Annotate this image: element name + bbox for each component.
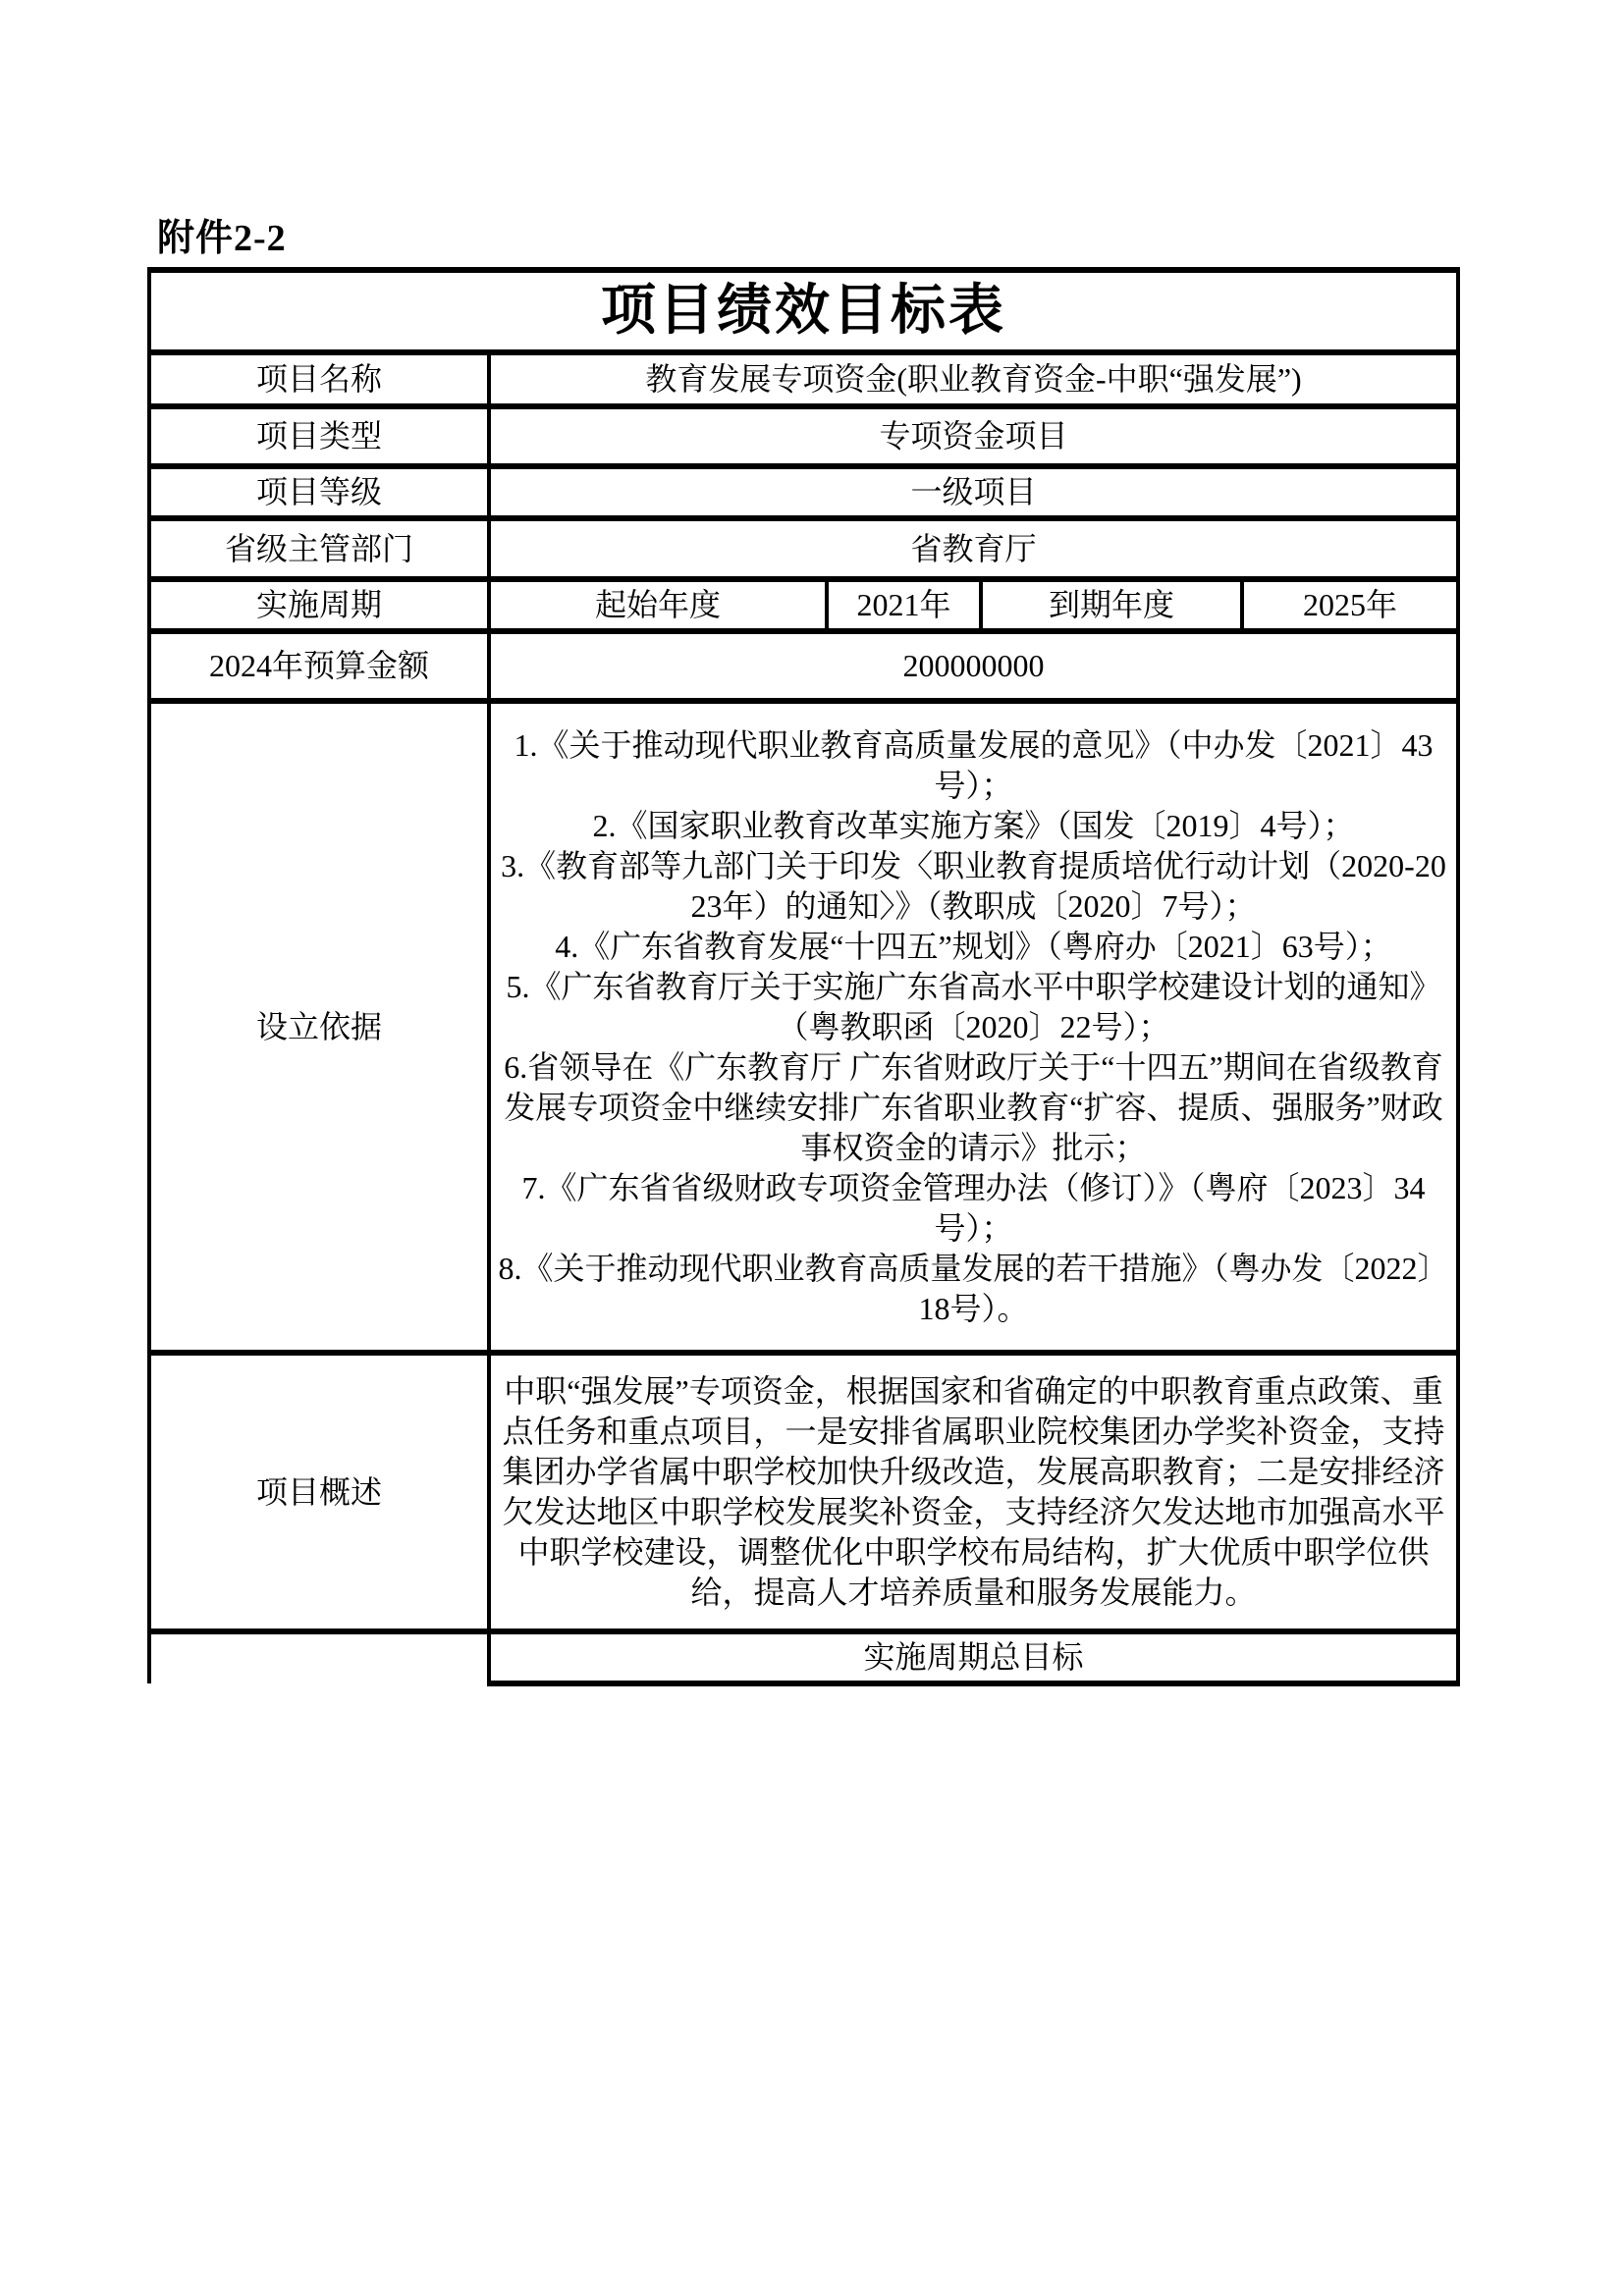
- table-row-project-level: 项目等级 一级项目: [149, 466, 1458, 518]
- setup-basis-content: 1.《关于推动现代职业教育高质量发展的意见》（中办发〔2021〕43号）； 2.…: [489, 701, 1458, 1353]
- table-row-department: 省级主管部门 省教育厅: [149, 518, 1458, 579]
- department-value: 省教育厅: [489, 518, 1458, 579]
- overview-text: 中职“强发展”专项资金，根据国家和省确定的中职教育重点政策、重点任务和重点项目，…: [489, 1353, 1458, 1631]
- period-label: 实施周期: [149, 579, 489, 631]
- period-goal-header: 实施周期总目标: [489, 1631, 1458, 1683]
- table-row-overview: 项目概述 中职“强发展”专项资金，根据国家和省确定的中职教育重点政策、重点任务和…: [149, 1353, 1458, 1631]
- setup-basis-label: 设立依据: [149, 701, 489, 1353]
- project-type-label: 项目类型: [149, 406, 489, 466]
- budget-label: 2024年预算金额: [149, 631, 489, 701]
- period-start-label: 起始年度: [489, 579, 827, 631]
- setup-basis-item: 3.《教育部等九部门关于印发〈职业教育提质培优行动计划（2020-2023年）的…: [497, 846, 1450, 927]
- period-end-value: 2025年: [1242, 579, 1458, 631]
- setup-basis-item: 1.《关于推动现代职业教育高质量发展的意见》（中办发〔2021〕43号）；: [497, 725, 1450, 806]
- period-start-value: 2021年: [827, 579, 981, 631]
- setup-basis-item: 4.《广东省教育发展“十四五”规划》（粤府办〔2021〕63号）；: [497, 927, 1450, 967]
- period-end-label: 到期年度: [981, 579, 1242, 631]
- table-row-setup-basis: 设立依据 1.《关于推动现代职业教育高质量发展的意见》（中办发〔2021〕43号…: [149, 701, 1458, 1353]
- setup-basis-item: 2.《国家职业教育改革实施方案》（国发〔2019〕4号）；: [497, 806, 1450, 846]
- setup-basis-item: 6.省领导在《广东教育厅 广东省财政厅关于“十四五”期间在省级教育发展专项资金中…: [497, 1047, 1450, 1168]
- table-row-implementation-period: 实施周期 起始年度 2021年 到期年度 2025年: [149, 579, 1458, 631]
- attachment-label: 附件2-2: [157, 207, 287, 261]
- overview-label: 项目概述: [149, 1353, 489, 1631]
- budget-value: 200000000: [489, 631, 1458, 701]
- project-type-value: 专项资金项目: [489, 406, 1458, 466]
- performance-target-table: 项目绩效目标表 项目名称 教育发展专项资金(职业教育资金-中职“强发展”) 项目…: [147, 267, 1460, 1686]
- setup-basis-item: 5.《广东省教育厅关于实施广东省高水平中职学校建设计划的通知》（粤教职函〔202…: [497, 967, 1450, 1047]
- setup-basis-item: 8.《关于推动现代职业教育高质量发展的若干措施》（粤办发〔2022〕18号）。: [497, 1249, 1450, 1329]
- table-title-row: 项目绩效目标表: [149, 270, 1458, 352]
- table-row-project-name: 项目名称 教育发展专项资金(职业教育资金-中职“强发展”): [149, 352, 1458, 406]
- department-label: 省级主管部门: [149, 518, 489, 579]
- project-name-value: 教育发展专项资金(职业教育资金-中职“强发展”): [489, 352, 1458, 406]
- project-level-label: 项目等级: [149, 466, 489, 518]
- project-level-value: 一级项目: [489, 466, 1458, 518]
- document-page: 附件2-2 项目绩效目标表 项目名称 教育发展专项资金(职业教育资金-中职“强发…: [0, 0, 1624, 2296]
- table-title: 项目绩效目标表: [149, 270, 1458, 352]
- table-row-period-goal-header: 实施周期总目标: [149, 1631, 1458, 1683]
- table-row-budget: 2024年预算金额 200000000: [149, 631, 1458, 701]
- period-goal-empty-cell: [149, 1631, 489, 1683]
- project-name-label: 项目名称: [149, 352, 489, 406]
- table-row-project-type: 项目类型 专项资金项目: [149, 406, 1458, 466]
- setup-basis-item: 7.《广东省省级财政专项资金管理办法（修订）》（粤府〔2023〕34号）；: [497, 1168, 1450, 1249]
